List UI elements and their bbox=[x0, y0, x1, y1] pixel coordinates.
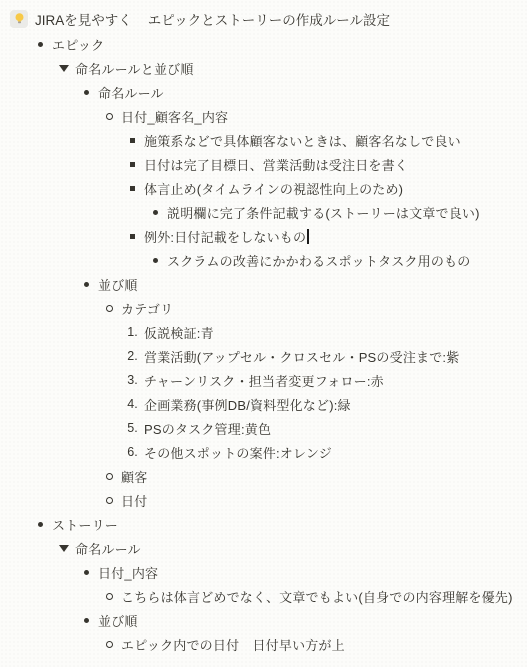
list-item-text[interactable]: こちらは体言どめでなく、文章でもよい(自身での内容理解を優先) bbox=[121, 587, 513, 606]
marker-cell bbox=[75, 570, 98, 575]
list-number: 3. bbox=[127, 373, 137, 387]
list-item-text[interactable]: 並び順 bbox=[98, 275, 138, 294]
list-item: 命名ルール bbox=[0, 80, 527, 104]
list-item: カテゴリ bbox=[0, 296, 527, 320]
marker-cell bbox=[121, 186, 144, 191]
lightbulb-icon bbox=[10, 10, 28, 28]
bullet-square-icon bbox=[130, 138, 135, 143]
bullet-disc-icon bbox=[38, 522, 43, 527]
page-subtitle[interactable]: エピックとストーリーの作成ルール設定 bbox=[148, 9, 390, 29]
list-item: 5.PSのタスク管理:黄色 bbox=[0, 416, 527, 440]
marker-cell bbox=[121, 138, 144, 143]
bullet-disc-icon bbox=[84, 618, 89, 623]
list-item: 並び順 bbox=[0, 608, 527, 632]
marker-cell bbox=[98, 473, 121, 480]
page-title-row: JIRAを見やすく エピックとストーリーの作成ルール設定 bbox=[0, 5, 527, 32]
bullet-disc-icon bbox=[153, 210, 158, 215]
list-number: 4. bbox=[127, 397, 137, 411]
list-item-text[interactable]: 並び順 bbox=[98, 611, 138, 630]
list-item: 体言止め(タイムラインの視認性向上のため) bbox=[0, 176, 527, 200]
page-title[interactable]: JIRAを見やすく bbox=[35, 9, 132, 29]
marker-cell: 3. bbox=[121, 373, 144, 387]
list-item-text[interactable]: 説明欄に完了条件記載する(ストーリーは文章で良い) bbox=[167, 203, 480, 222]
list-item: スクラムの改善にかかわるスポットタスク用のもの bbox=[0, 248, 527, 272]
list-item: こちらは体言どめでなく、文章でもよい(自身での内容理解を優先) bbox=[0, 584, 527, 608]
list-item-text[interactable]: 施策系などで具体顧客ないときは、顧客名なしで良い bbox=[144, 131, 461, 150]
list-item-text[interactable]: ストーリー bbox=[52, 515, 118, 534]
text-cursor bbox=[307, 229, 309, 244]
list-item: 6.その他スポットの案件:オレンジ bbox=[0, 440, 527, 464]
marker-cell bbox=[121, 162, 144, 167]
marker-cell: 5. bbox=[121, 421, 144, 435]
marker-cell: 4. bbox=[121, 397, 144, 411]
bullet-disc-icon bbox=[38, 42, 43, 47]
list-number: 5. bbox=[127, 421, 137, 435]
marker-cell bbox=[98, 641, 121, 648]
list-item-text[interactable]: 命名ルール bbox=[98, 83, 164, 102]
marker-cell bbox=[98, 113, 121, 120]
toggle-down-icon[interactable] bbox=[59, 545, 69, 552]
list-item-text[interactable]: その他スポットの案件:オレンジ bbox=[144, 443, 332, 462]
bullet-disc-icon bbox=[84, 90, 89, 95]
marker-cell bbox=[52, 65, 75, 72]
marker-cell bbox=[98, 593, 121, 600]
list-item: 命名ルールと並び順 bbox=[0, 56, 527, 80]
list-item-text[interactable]: 命名ルール bbox=[75, 539, 141, 558]
list-item-text[interactable]: PSのタスク管理:黄色 bbox=[144, 419, 271, 438]
bullet-circle-icon bbox=[106, 305, 113, 312]
list-item: 日付_顧客名_内容 bbox=[0, 104, 527, 128]
list-item-text[interactable]: 営業活動(アップセル・クロスセル・PSの受注まで:紫 bbox=[144, 347, 459, 366]
list-number: 1. bbox=[127, 325, 137, 339]
list-item: 1.仮説検証:青 bbox=[0, 320, 527, 344]
list-item: 2.営業活動(アップセル・クロスセル・PSの受注まで:紫 bbox=[0, 344, 527, 368]
document-body: JIRAを見やすく エピックとストーリーの作成ルール設定 エピック命名ルールと並… bbox=[0, 0, 527, 656]
marker-cell bbox=[75, 618, 98, 623]
bullet-circle-icon bbox=[106, 593, 113, 600]
marker-cell bbox=[98, 305, 121, 312]
list-number: 6. bbox=[127, 445, 137, 459]
list-item: ストーリー bbox=[0, 512, 527, 536]
list-item: エピック bbox=[0, 32, 527, 56]
list-item: 3.チャーンリスク・担当者変更フォロー:赤 bbox=[0, 368, 527, 392]
list-item-text[interactable]: 仮説検証:青 bbox=[144, 323, 214, 342]
marker-cell bbox=[121, 234, 144, 239]
list-item-text[interactable]: 命名ルールと並び順 bbox=[75, 59, 194, 78]
list-item: 命名ルール bbox=[0, 536, 527, 560]
marker-cell bbox=[75, 282, 98, 287]
toggle-down-icon[interactable] bbox=[59, 65, 69, 72]
list-item-text[interactable]: 日付_内容 bbox=[98, 563, 158, 582]
list-item: 日付_内容 bbox=[0, 560, 527, 584]
marker-cell bbox=[75, 90, 98, 95]
list-item: 日付 bbox=[0, 488, 527, 512]
list-item-text[interactable]: 企画業務(事例DB/資料型化など):緑 bbox=[144, 395, 351, 414]
list-item-text[interactable]: エピック bbox=[52, 35, 104, 54]
list-item: 施策系などで具体顧客ないときは、顧客名なしで良い bbox=[0, 128, 527, 152]
list-number: 2. bbox=[127, 349, 137, 363]
marker-cell bbox=[98, 497, 121, 504]
list-item-text[interactable]: エピック内での日付 日付早い方が上 bbox=[121, 635, 345, 654]
bullet-circle-icon bbox=[106, 497, 113, 504]
marker-cell bbox=[29, 522, 52, 527]
bullet-disc-icon bbox=[153, 258, 158, 263]
outline-list: エピック命名ルールと並び順命名ルール日付_顧客名_内容施策系などで具体顧客ないと… bbox=[0, 32, 527, 656]
list-item: 日付は完了目標日、営業活動は受注日を書く bbox=[0, 152, 527, 176]
marker-cell bbox=[144, 258, 167, 263]
bullet-square-icon bbox=[130, 234, 135, 239]
marker-cell bbox=[144, 210, 167, 215]
list-item: 説明欄に完了条件記載する(ストーリーは文章で良い) bbox=[0, 200, 527, 224]
list-item: 例外:日付記載をしないもの bbox=[0, 224, 527, 248]
list-item-text[interactable]: 顧客 bbox=[121, 467, 147, 486]
marker-cell: 6. bbox=[121, 445, 144, 459]
list-item: エピック内での日付 日付早い方が上 bbox=[0, 632, 527, 656]
list-item: 顧客 bbox=[0, 464, 527, 488]
list-item-text[interactable]: 例外:日付記載をしないもの bbox=[144, 227, 306, 246]
list-item: 並び順 bbox=[0, 272, 527, 296]
marker-cell: 2. bbox=[121, 349, 144, 363]
page: { "colors": { "text": "#37352f", "backgr… bbox=[0, 0, 527, 667]
list-item-text[interactable]: スクラムの改善にかかわるスポットタスク用のもの bbox=[167, 251, 470, 270]
marker-cell: 1. bbox=[121, 325, 144, 339]
marker-cell bbox=[29, 42, 52, 47]
list-item: 4.企画業務(事例DB/資料型化など):緑 bbox=[0, 392, 527, 416]
marker-cell bbox=[52, 545, 75, 552]
bullet-square-icon bbox=[130, 186, 135, 191]
bullet-circle-icon bbox=[106, 113, 113, 120]
list-item-text[interactable]: 日付 bbox=[121, 491, 147, 510]
bullet-circle-icon bbox=[106, 473, 113, 480]
list-item-text[interactable]: 日付_顧客名_内容 bbox=[121, 107, 228, 126]
bullet-circle-icon bbox=[106, 641, 113, 648]
list-item-text[interactable]: 日付は完了目標日、営業活動は受注日を書く bbox=[144, 155, 408, 174]
list-item-text[interactable]: 体言止め(タイムラインの視認性向上のため) bbox=[144, 179, 403, 198]
bullet-square-icon bbox=[130, 162, 135, 167]
list-item-text[interactable]: チャーンリスク・担当者変更フォロー:赤 bbox=[144, 371, 384, 390]
bullet-disc-icon bbox=[84, 282, 89, 287]
list-item-text[interactable]: カテゴリ bbox=[121, 299, 173, 318]
bullet-disc-icon bbox=[84, 570, 89, 575]
